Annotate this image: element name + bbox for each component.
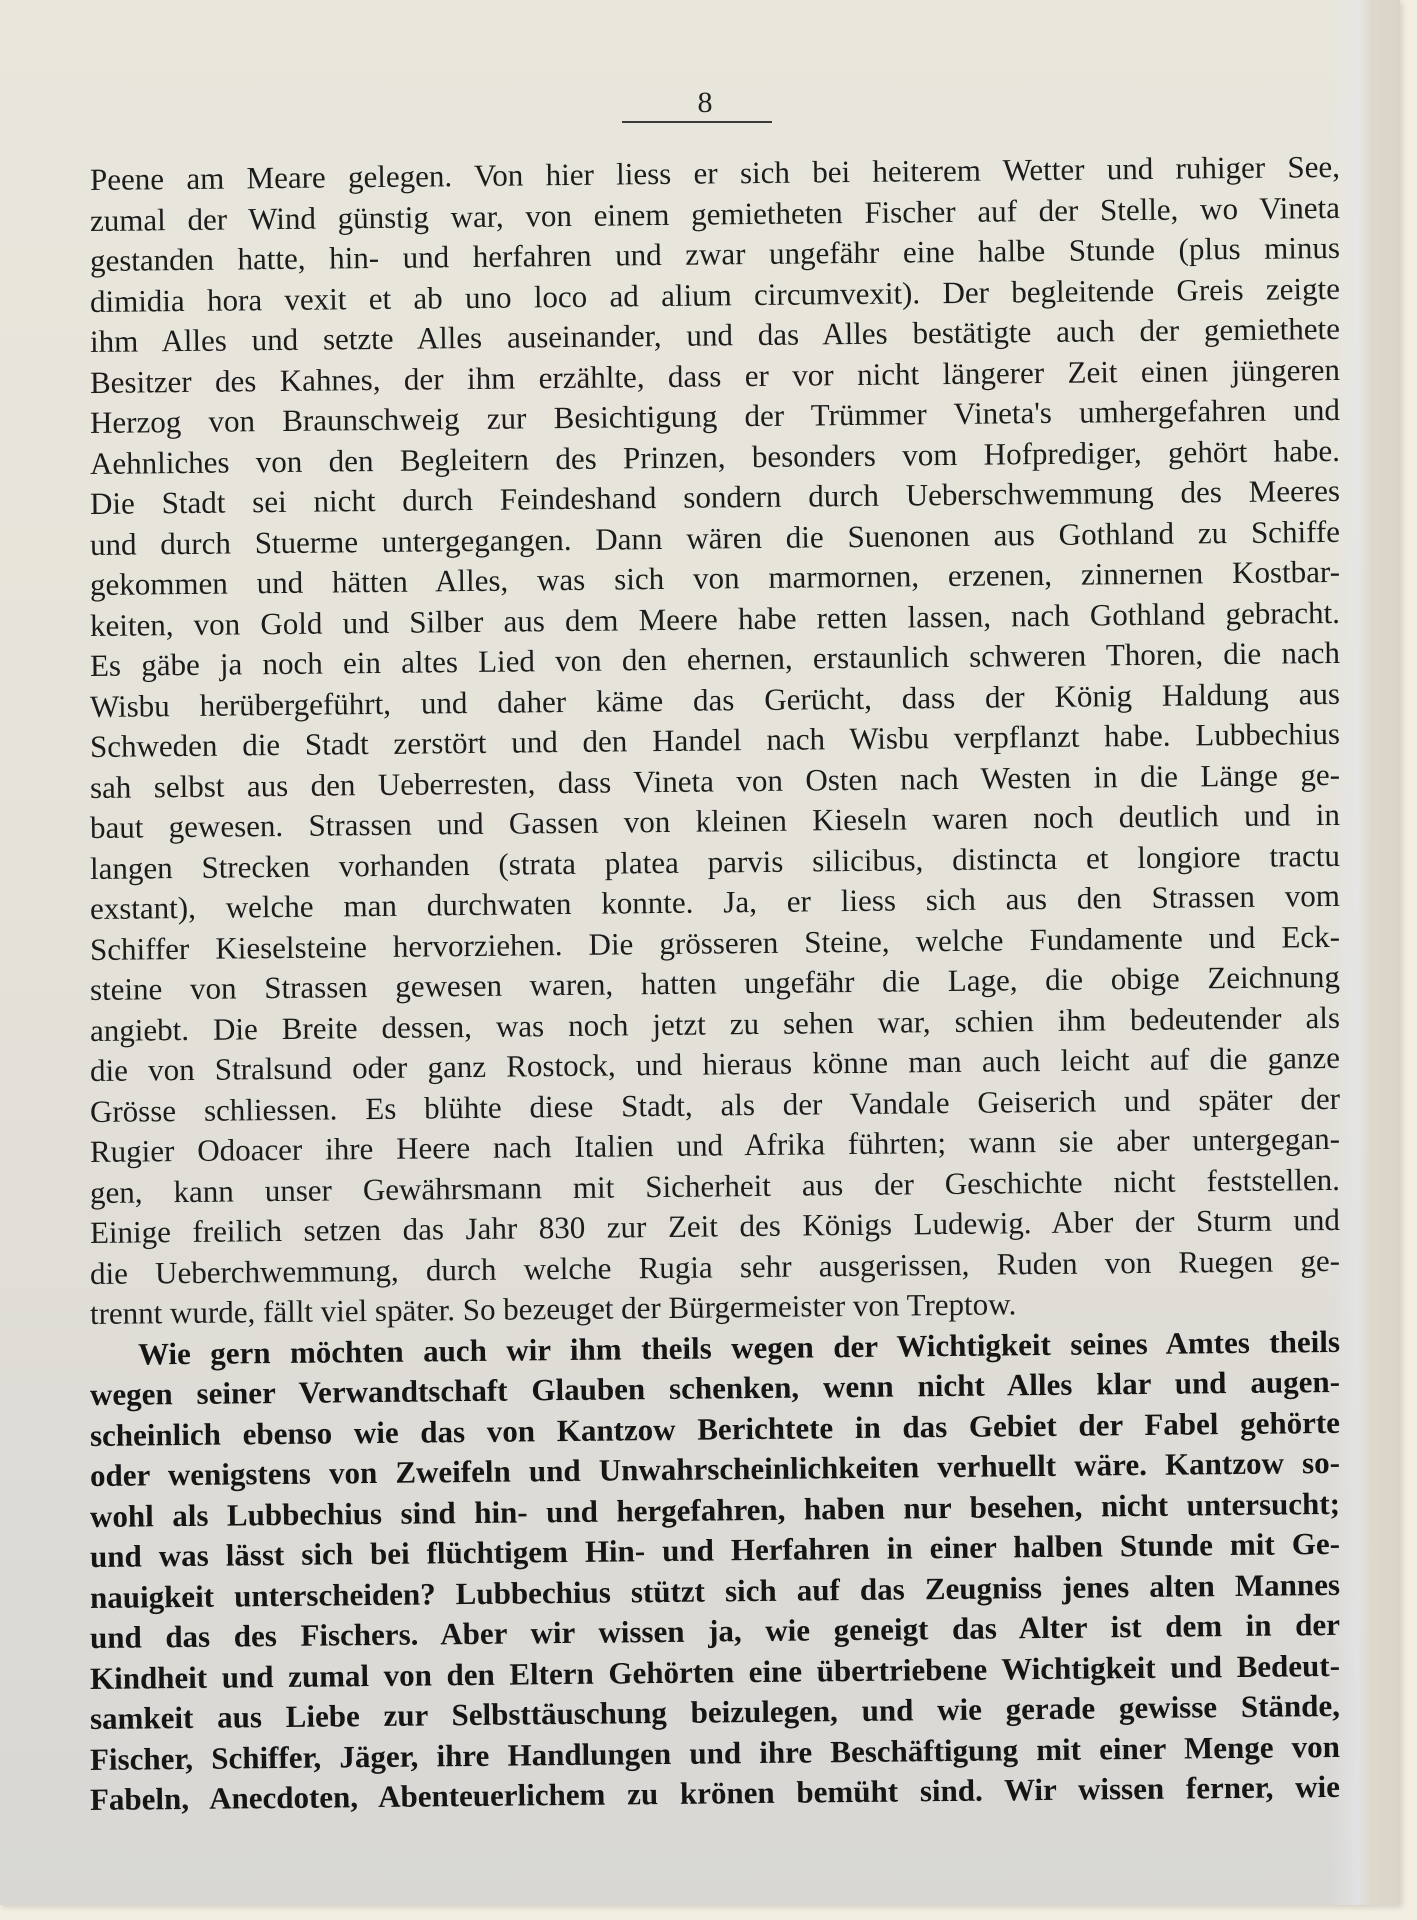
page-edge: [1330, 0, 1400, 1905]
paragraph-1: Peene am Meare gelegen. Von hier liess e…: [90, 160, 1340, 1335]
paragraph-2: Wie gern möchten auch wir ihm theils weg…: [90, 1335, 1340, 1821]
page-number: 8: [680, 86, 730, 120]
body-text: Peene am Meare gelegen. Von hier liess e…: [90, 160, 1340, 1821]
header-rule: [622, 121, 772, 123]
book-page: 8 Peene am Meare gelegen. Von hier liess…: [0, 0, 1400, 1905]
